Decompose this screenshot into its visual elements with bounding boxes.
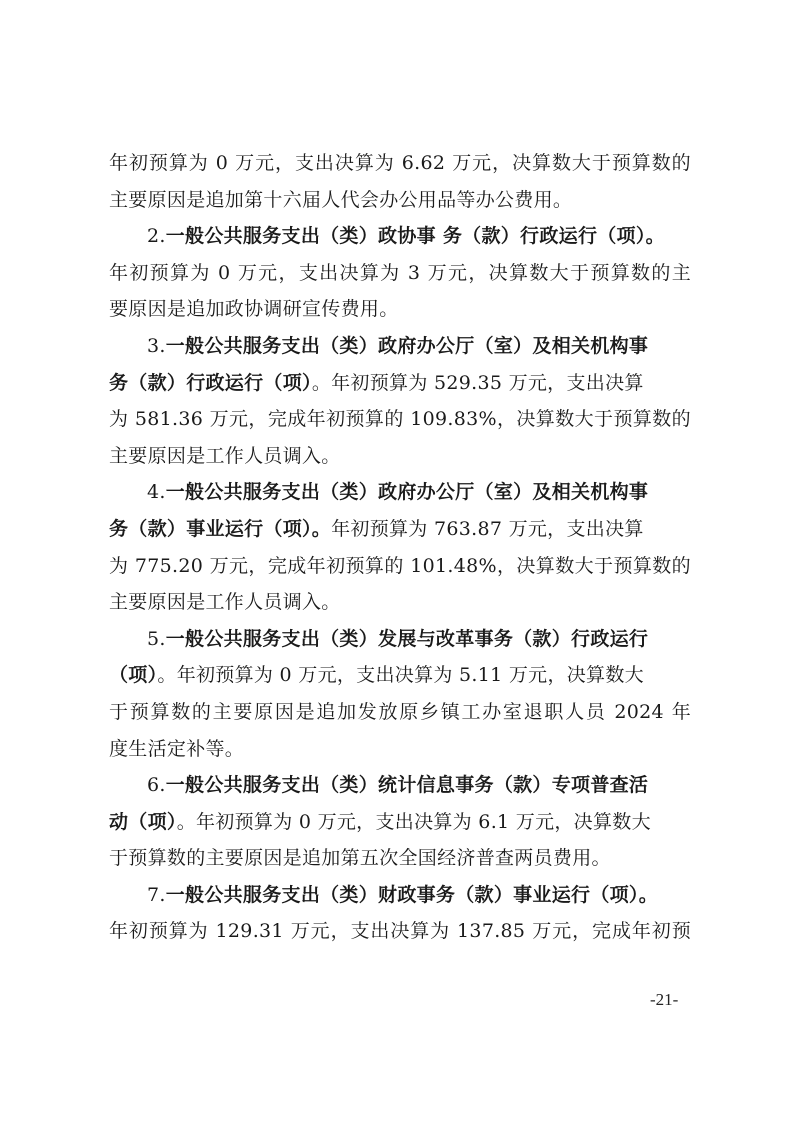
item-number: 7. [147, 884, 166, 906]
item-title-cont: 务（款）事业运行（项）。 [109, 518, 331, 540]
item-title: 一般公共服务支出（类）政协事 务（款）行政运行（项）。 [166, 225, 665, 247]
text-segment: 度生活定补等。 [109, 738, 244, 760]
text-segment: 。年初预算为 0 万元，支出决算为 5.11 万元，决算数大 [157, 664, 644, 686]
text-segment: 年初预算为 0 万元，支出决算为 3 万元，决算数大于预算数的主 [109, 262, 691, 284]
text-segment: 于预算数的主要原因是追加第五次全国经济普查两员费用。 [109, 847, 611, 869]
text-line: 要原因是追加政协调研宣传费用。 [109, 291, 691, 328]
text-segment: 。年初预算为 0 万元，支出决算为 6.1 万元，决算数大 [177, 811, 651, 833]
document-body: 年初预算为 0 万元，支出决算为 6.62 万元，决算数大于预算数的 主要原因是… [109, 145, 691, 950]
item-number: 3. [147, 335, 166, 357]
item-title: 一般公共服务支出（类）政府办公厅（室）及相关机构事 [166, 335, 649, 357]
text-segment: 于预算数的主要原因是追加发放原乡镇工办室退职人员 2024 年 [109, 701, 691, 723]
item-title-cont: （项） [109, 664, 157, 686]
text-segment: 。年初预算为 529.35 万元，支出决算 [312, 372, 644, 394]
text-line: 度生活定补等。 [109, 731, 691, 768]
text-line: 于预算数的主要原因是追加第五次全国经济普查两员费用。 [109, 840, 691, 877]
page-number: -21- [650, 990, 678, 1010]
item-number: 4. [147, 481, 166, 503]
item-title-cont: 务（款）行政运行（项） [109, 372, 312, 394]
text-segment: 年初预算为 763.87 万元，支出决算 [331, 518, 644, 540]
text-line: 主要原因是工作人员调入。 [109, 584, 691, 621]
text-line: 务（款）行政运行（项）。年初预算为 529.35 万元，支出决算 [109, 365, 691, 402]
item-number: 5. [147, 628, 166, 650]
item-2-heading: 2.一般公共服务支出（类）政协事 务（款）行政运行（项）。 [109, 218, 691, 255]
text-line: 为 775.20 万元，完成年初预算的 101.48%，决算数大于预算数的 [109, 548, 691, 585]
text-line: 年初预算为 0 万元，支出决算为 3 万元，决算数大于预算数的主 [109, 255, 691, 292]
text-segment: 为 775.20 万元，完成年初预算的 101.48%，决算数大于预算数的 [109, 555, 691, 577]
text-segment: 为 581.36 万元，完成年初预算的 109.83%，决算数大于预算数的 [109, 408, 691, 430]
text-line: （项）。年初预算为 0 万元，支出决算为 5.11 万元，决算数大 [109, 657, 691, 694]
item-4-heading: 4.一般公共服务支出（类）政府办公厅（室）及相关机构事 [109, 474, 691, 511]
text-line: 动（项）。年初预算为 0 万元，支出决算为 6.1 万元，决算数大 [109, 804, 691, 841]
text-segment: 主要原因是工作人员调入。 [109, 591, 341, 613]
text-line: 年初预算为 129.31 万元，支出决算为 137.85 万元，完成年初预 [109, 913, 691, 950]
text-line: 年初预算为 0 万元，支出决算为 6.62 万元，决算数大于预算数的 [109, 145, 691, 182]
item-title-cont: 动（项） [109, 811, 177, 833]
text-segment: 要原因是追加政协调研宣传费用。 [109, 298, 399, 320]
item-title: 一般公共服务支出（类）发展与改革事务（款）行政运行 [166, 628, 649, 650]
text-line: 主要原因是工作人员调入。 [109, 438, 691, 475]
text-segment: 年初预算为 0 万元，支出决算为 6.62 万元，决算数大于预算数的 [109, 152, 691, 174]
item-number: 2. [147, 225, 166, 247]
text-line: 务（款）事业运行（项）。年初预算为 763.87 万元，支出决算 [109, 511, 691, 548]
text-segment: 年初预算为 129.31 万元，支出决算为 137.85 万元，完成年初预 [109, 920, 691, 942]
text-segment: 主要原因是追加第十六届人代会办公用品等办公费用。 [109, 189, 572, 211]
item-7-heading: 7.一般公共服务支出（类）财政事务（款）事业运行（项）。 [109, 877, 691, 914]
item-title: 一般公共服务支出（类）财政事务（款）事业运行（项）。 [166, 884, 658, 906]
item-title: 一般公共服务支出（类）政府办公厅（室）及相关机构事 [166, 481, 649, 503]
item-number: 6. [147, 774, 166, 796]
item-3-heading: 3.一般公共服务支出（类）政府办公厅（室）及相关机构事 [109, 328, 691, 365]
item-title: 一般公共服务支出（类）统计信息事务（款）专项普查活 [166, 774, 649, 796]
text-line: 主要原因是追加第十六届人代会办公用品等办公费用。 [109, 182, 691, 219]
text-segment: 主要原因是工作人员调入。 [109, 445, 341, 467]
text-line: 于预算数的主要原因是追加发放原乡镇工办室退职人员 2024 年 [109, 694, 691, 731]
item-6-heading: 6.一般公共服务支出（类）统计信息事务（款）专项普查活 [109, 767, 691, 804]
item-5-heading: 5.一般公共服务支出（类）发展与改革事务（款）行政运行 [109, 621, 691, 658]
text-line: 为 581.36 万元，完成年初预算的 109.83%，决算数大于预算数的 [109, 401, 691, 438]
